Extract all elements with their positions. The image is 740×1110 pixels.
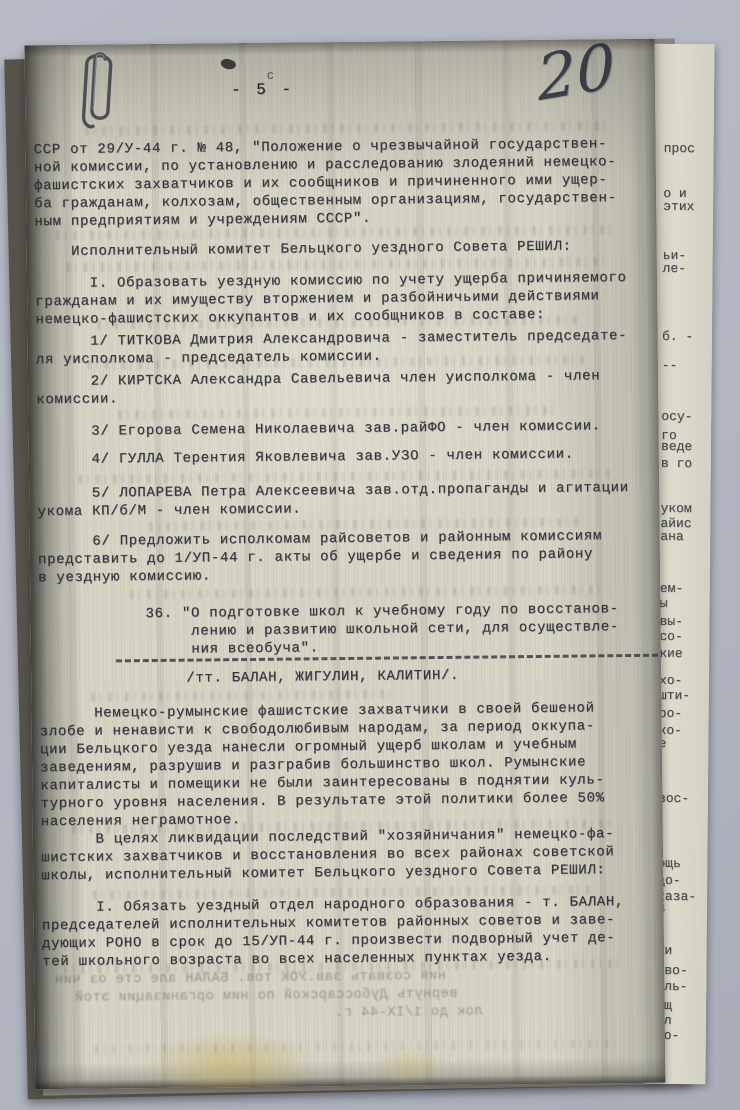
margin-fragment: вы- [659, 614, 683, 629]
typed-paragraph: 2/ КИРТСКА Александра Савельевича член у… [36, 367, 651, 409]
ghost-line: лок до 1/IX-44 г. [335, 1005, 483, 1022]
margin-fragment: в го [661, 456, 692, 471]
margin-fragment: прос [664, 141, 695, 156]
ghost-line: вернуть Дубоссарской по ним организации … [74, 987, 457, 1006]
margin-fragment: этих [663, 199, 694, 214]
typed-paragraph: 5/ ЛОПАРЕВА Петра Алексеевича зав.отд.пр… [37, 479, 652, 521]
margin-fragment: шти- [659, 688, 690, 703]
handwritten-page-number: 20 [535, 39, 617, 116]
margin-fragment: ем- [660, 581, 684, 596]
margin-fragment: -- [662, 358, 678, 373]
ink-speck [220, 57, 237, 71]
margin-fragment: веде [661, 439, 692, 454]
typed-paragraph: 36. "О подготовке школ к учебному году п… [145, 599, 665, 659]
margin-fragment: ро- [659, 706, 683, 721]
margin-fragment: б. - [662, 329, 693, 344]
photo-background: просо иэтихьи-ле-б. ---осу-говедев гоуко… [0, 0, 740, 1110]
margin-fragment: ана [660, 529, 684, 544]
typed-paragraph: В целях ликвидации последствий "хозяйнич… [41, 825, 657, 885]
typed-paragraph: 6/ Предложить исполкомам райсоветов и ра… [38, 527, 654, 587]
smudge-line [130, 585, 600, 599]
page-number-mark: с [267, 69, 274, 83]
margin-fragment: кие [659, 646, 683, 661]
paper-stain [151, 1032, 312, 1089]
smudge-line [95, 1039, 615, 1053]
smudge-line [118, 406, 558, 420]
typed-paragraph: Немецко-румынские фашистские захватчики … [39, 699, 655, 831]
paperclip-icon [76, 48, 119, 138]
margin-fragment: хо- [659, 673, 683, 688]
paper-stain-small [375, 1049, 445, 1084]
margin-fragment: осу- [661, 409, 692, 424]
margin-fragment: ле- [663, 261, 687, 276]
typed-paragraph: /тт. БАЛАН, ЖИГУЛИН, КАЛИТИН/. [186, 663, 665, 687]
typed-paragraph: 3/ Егорова Семена Николаевича зав.райФО … [37, 417, 652, 441]
margin-fragment: уком [660, 501, 691, 516]
page-number: - 5 - [231, 81, 294, 100]
margin-fragment: ы [660, 596, 668, 611]
typed-paragraph: 4/ ГУЛЛА Терентия Яковлевича зав.УЗО - ч… [37, 445, 652, 469]
margin-fragment: со- [659, 629, 683, 644]
smudge-line [91, 690, 391, 702]
document-page: - 5 - с 20 ССР от 29/У-44 г. № 48, "Поло… [25, 39, 666, 1090]
typed-paragraph: ССР от 29/У-44 г. № 48, "Положение о чре… [34, 135, 650, 231]
smudge-line [85, 121, 605, 135]
margin-fragment: вос- [658, 791, 689, 806]
